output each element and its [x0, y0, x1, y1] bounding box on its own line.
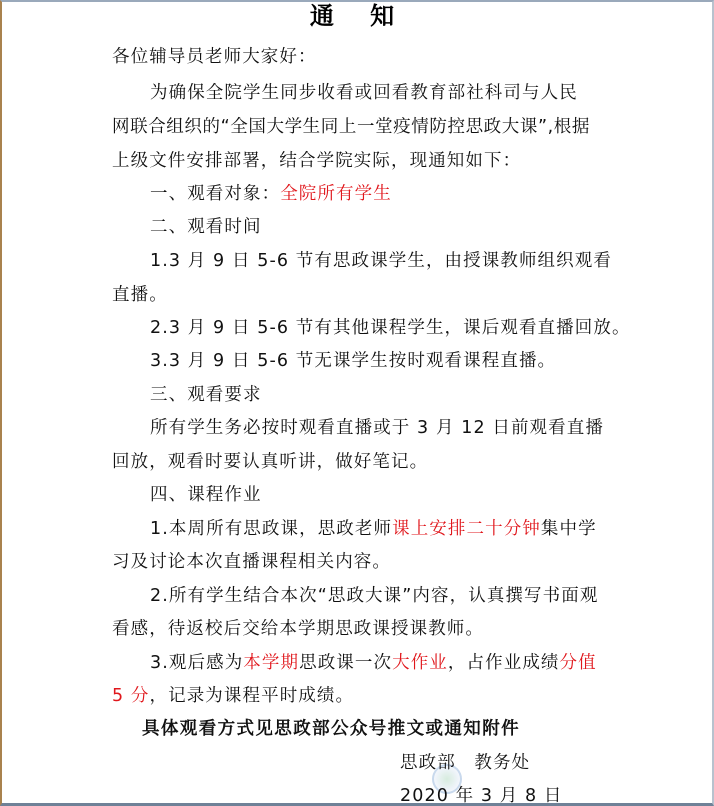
- section-1-heading: 一、观看对象：: [150, 184, 280, 204]
- footer-note: 具体观看方式见思政部公众号推文或通知附件: [142, 718, 520, 740]
- section-2-item-2: 2.3 月 9 日 5-6 节有其他课程学生，课后观看直播回放。: [150, 317, 631, 339]
- item-3-highlight-2: 大作业: [392, 653, 448, 673]
- section-3-body-line-1: 所有学生务必按时观看直播或于 3 月 12 日前观看直播: [150, 417, 604, 439]
- signature: 思政部 教务处: [400, 752, 530, 774]
- item-3-highlight-4: 5 分: [112, 686, 150, 706]
- section-4-item-1-line-2: 习及讨论本次直播课程相关内容。: [112, 551, 391, 573]
- section-3-heading: 三、观看要求: [150, 384, 262, 406]
- section-4-item-2-line-1: 2.所有学生结合本次“思政大课”内容，认真撰写书面观: [150, 585, 598, 607]
- section-2-heading: 二、观看时间: [150, 216, 262, 238]
- item-3-highlight-1: 本学期: [243, 653, 299, 673]
- intro-line-1: 为确保全院学生同步收看或回看教育部社科司与人民: [150, 82, 578, 104]
- section-2-item-1-line-1: 1.3 月 9 日 5-6 节有思政课学生，由授课教师组织观看: [150, 250, 612, 272]
- intro-line-2: 网联合组织的“全国大学生同上一堂疫情防控思政大课”,根据: [112, 116, 590, 138]
- section-1-highlight: 全院所有学生: [280, 184, 392, 204]
- section-3-body-line-2: 回放，观看时要认真听讲，做好笔记。: [112, 451, 428, 473]
- item-3-text-4: ，记录为课程平时成绩。: [150, 686, 355, 706]
- section-4-item-3-line-1: 3.观后感为本学期思政课一次大作业，占作业成绩分值: [150, 652, 597, 674]
- item-3-text-3: ，占作业成绩: [448, 653, 560, 673]
- section-4-item-1-highlight: 课上安排二十分钟: [392, 519, 541, 539]
- section-4-item-1-line-1: 1.本周所有思政课，思政老师课上安排二十分钟集中学: [150, 518, 597, 540]
- intro-line-3: 上级文件安排部署，结合学院实际，现通知如下：: [112, 150, 521, 172]
- document-date: 2020 年 3 月 8 日: [400, 785, 563, 806]
- section-4-item-2-line-2: 看感，待返校后交给本学期思政课授课教师。: [112, 618, 484, 640]
- item-3-text-2: 思政课一次: [299, 653, 392, 673]
- section-4-heading: 四、课程作业: [150, 484, 262, 506]
- item-3-text-1: 3.观后感为: [150, 653, 243, 673]
- section-1: 一、观看对象：全院所有学生: [150, 183, 392, 205]
- salutation: 各位辅导员老师大家好：: [112, 46, 317, 68]
- section-2-item-1-line-2: 直播。: [112, 284, 168, 306]
- section-4-item-1-post: 集中学: [541, 519, 597, 539]
- section-4-item-3-line-2: 5 分，记录为课程平时成绩。: [112, 685, 354, 707]
- document-title: 通 知: [2, 0, 714, 31]
- section-4-item-1-pre: 1.本周所有思政课，思政老师: [150, 519, 392, 539]
- notice-document: 通 知 各位辅导员老师大家好： 为确保全院学生同步收看或回看教育部社科司与人民 …: [0, 0, 714, 806]
- section-2-item-3: 3.3 月 9 日 5-6 节无课学生按时观看课程直播。: [150, 350, 556, 372]
- item-3-highlight-3: 分值: [560, 653, 597, 673]
